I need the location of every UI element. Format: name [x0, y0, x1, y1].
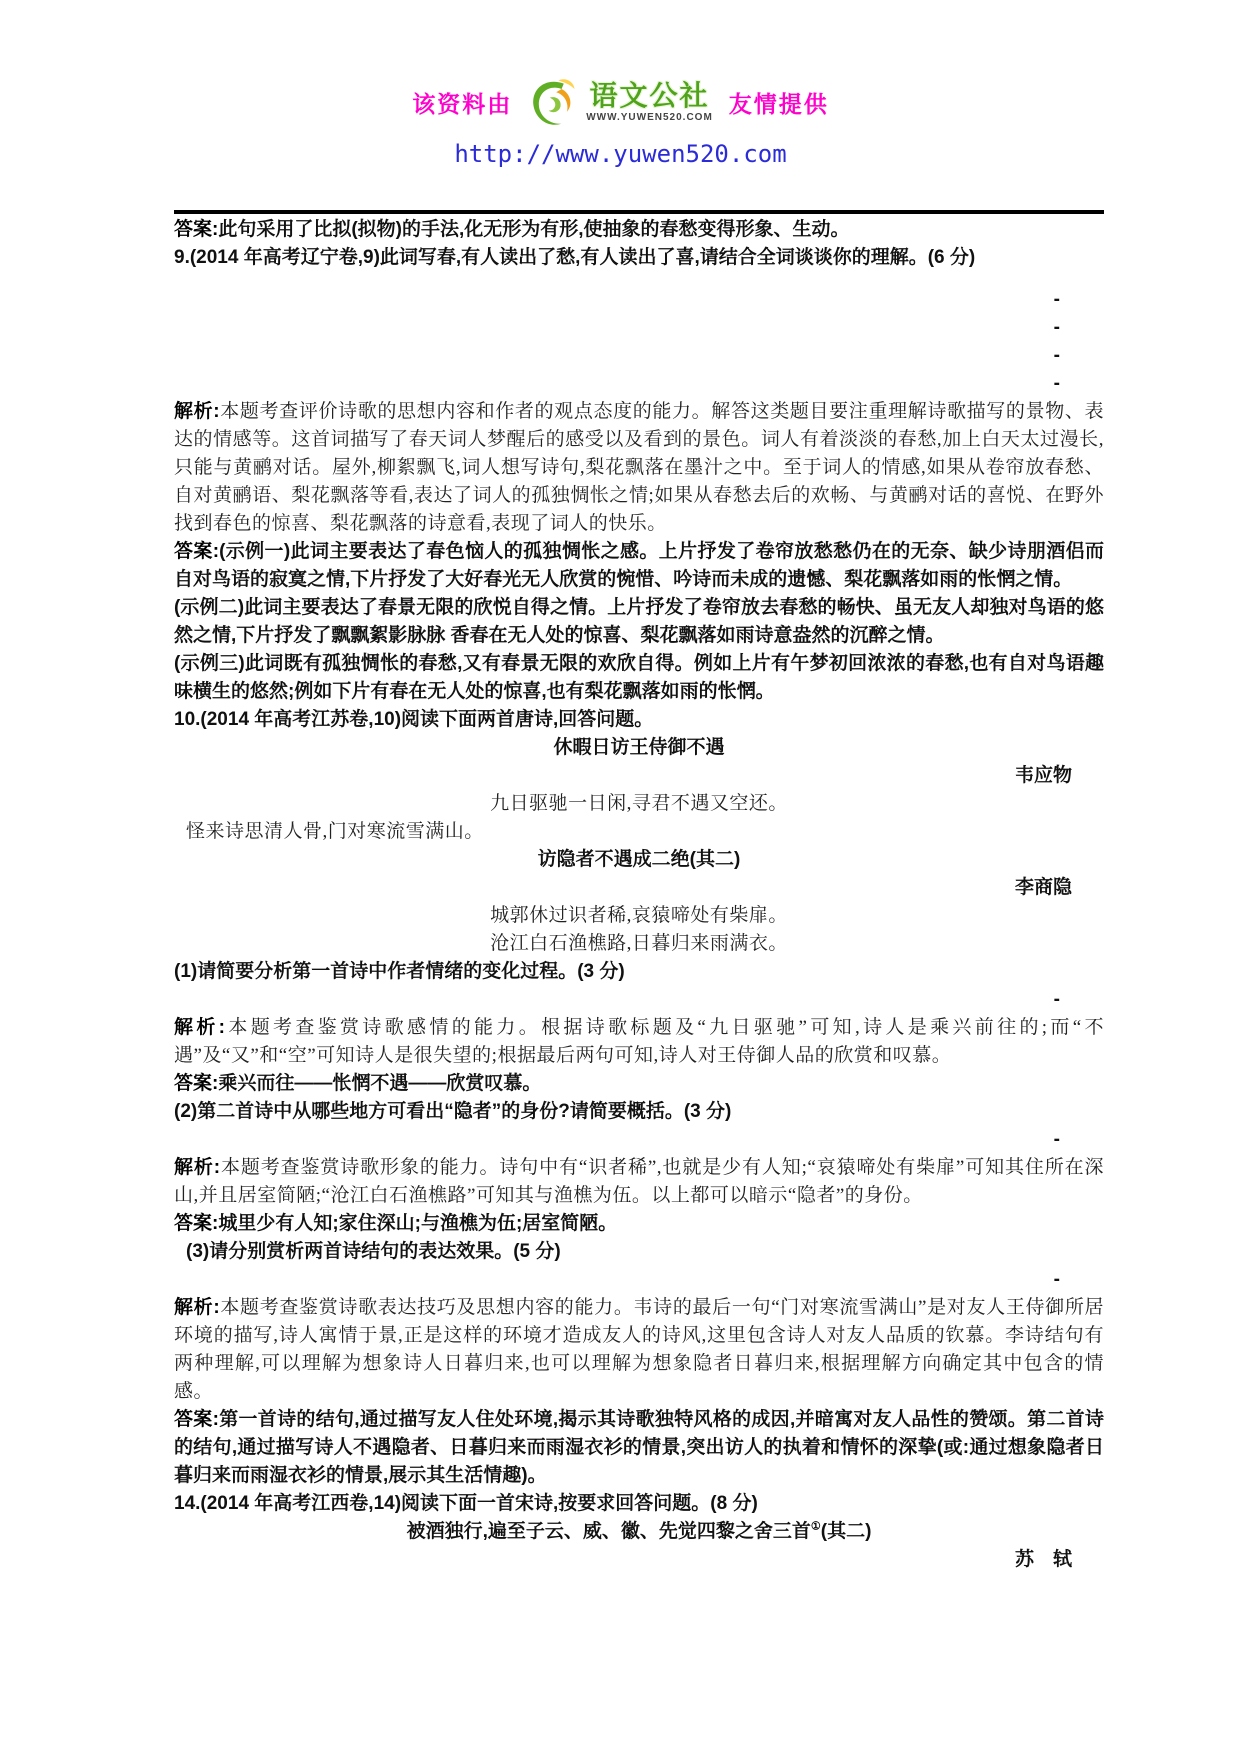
line-text: 9.(2014 年高考辽宁卷,9)此词写春,有人读出了愁,有人读出了喜,请结合全…: [174, 247, 975, 268]
label-prefix: 答案:: [174, 219, 218, 240]
line-text: 14.(2014 年高考江西卷,14)阅读下面一首宋诗,按要求回答问题。(8 分…: [174, 1493, 758, 1514]
answer-blank-line: -: [174, 342, 1104, 370]
answer-blank-line: -: [174, 986, 1104, 1014]
logo-title: 语文公社: [589, 82, 709, 110]
line-text: 10.(2014 年高考江苏卷,10)阅读下面两首唐诗,回答问题。: [174, 709, 653, 730]
poem-title: 被酒独行,遍至子云、威、徽、先觉四黎之舍三首①(其二): [174, 1518, 1104, 1546]
line-text: 本题考查鉴赏诗歌感情的能力。根据诗歌标题及“九日驱驰”可知,诗人是乘兴前往的;而…: [174, 1017, 1104, 1066]
provided-by-prefix: 该资料由: [412, 86, 512, 119]
question: 10.(2014 年高考江苏卷,10)阅读下面两首唐诗,回答问题。: [174, 706, 1104, 734]
answer-text: 答案:城里少有人知;家住深山;与渔樵为伍;居室简陋。: [174, 1210, 1104, 1238]
line-text: 被酒独行,遍至子云、威、徽、先觉四黎之舍三首: [407, 1521, 811, 1542]
poem-title: 休暇日访王侍御不遇: [174, 734, 1104, 762]
answer-blank-line: -: [174, 1126, 1104, 1154]
question: (2)第二首诗中从哪些地方可看出“隐者”的身份?请简要概括。(3 分): [174, 1098, 1104, 1126]
answer-text: 答案:乘兴而往——怅惘不遇——欣赏叹慕。: [174, 1070, 1104, 1098]
line-text: 怪来诗思清人骨,门对寒流雪满山。: [186, 821, 484, 842]
answer-text: (示例三)此词既有孤独惆怅的春愁,又有春景无限的欢欣自得。例如上片有午梦初回浓浓…: [174, 650, 1104, 706]
question: (1)请简要分析第一首诗中作者情绪的变化过程。(3 分): [174, 958, 1104, 986]
poem-line: 怪来诗思清人骨,门对寒流雪满山。: [174, 818, 1104, 846]
site-url-link[interactable]: http://www.yuwen520.com: [0, 140, 1241, 168]
answer-text: 答案:第一首诗的结句,通过描写友人住处环境,揭示其诗歌独特风格的成因,并暗寓对友…: [174, 1406, 1104, 1490]
question: 14.(2014 年高考江西卷,14)阅读下面一首宋诗,按要求回答问题。(8 分…: [174, 1490, 1104, 1518]
line-text: 李商隐: [1015, 877, 1072, 898]
line-text: 本题考查评价诗歌的思想内容和作者的观点态度的能力。解答这类题目要注重理解诗歌描写…: [174, 401, 1104, 534]
answer-blank-line: -: [174, 1266, 1104, 1294]
label-prefix: 答案:: [174, 1409, 219, 1430]
line-text: 休暇日访王侍御不遇: [553, 737, 724, 758]
answer-text: (示例二)此词主要表达了春景无限的欣悦自得之情。上片抒发了卷帘放去春愁的畅快、虽…: [174, 594, 1104, 650]
line-text: 此句采用了比拟(拟物)的手法,化无形为有形,使抽象的春愁变得形象、生动。: [218, 219, 849, 240]
logo-subtitle: WWW.YUWEN520.COM: [586, 113, 713, 123]
poem-author: 李商隐: [174, 874, 1104, 902]
question: 9.(2014 年高考辽宁卷,9)此词写春,有人读出了愁,有人读出了喜,请结合全…: [174, 244, 1104, 272]
label-prefix: 解析:: [174, 1157, 221, 1178]
provided-by-suffix: 友情提供: [729, 86, 829, 119]
line-text: 苏 轼: [1015, 1549, 1072, 1570]
line-text: 城里少有人知;家住深山;与渔樵为伍;居室简陋。: [218, 1213, 617, 1234]
answer-blank-line: -: [174, 314, 1104, 342]
line-text: 本题考查鉴赏诗歌形象的能力。诗句中有“识者稀”,也就是少有人知;“哀猿啼处有柴扉…: [174, 1157, 1104, 1206]
analysis: 解析:本题考查鉴赏诗歌形象的能力。诗句中有“识者稀”,也就是少有人知;“哀猿啼处…: [174, 1154, 1104, 1210]
line-text: 城郭休过识者稀,哀猿啼处有柴扉。: [490, 905, 788, 926]
analysis: 解析:本题考查评价诗歌的思想内容和作者的观点态度的能力。解答这类题目要注重理解诗…: [174, 398, 1104, 538]
line-text-tail: (其二): [821, 1521, 872, 1542]
swirl-logo-icon: [528, 76, 580, 128]
label-prefix: 解析:: [174, 401, 220, 422]
answer-blank-line: -: [174, 286, 1104, 314]
poem-author: 韦应物: [174, 762, 1104, 790]
line-text: (示例三)此词既有孤独惆怅的春愁,又有春景无限的欢欣自得。例如上片有午梦初回浓浓…: [174, 653, 1104, 702]
line-text: 乘兴而往——怅惘不遇——欣赏叹慕。: [218, 1073, 541, 1094]
page-header: 该资料由 语文公社 WWW.YUWEN520.COM 友情提供 http://w…: [0, 0, 1241, 168]
poem-line: 沧江白石渔樵路,日暮归来雨满衣。: [174, 930, 1104, 958]
line-text: 第一首诗的结句,通过描写友人住处环境,揭示其诗歌独特风格的成因,并暗寓对友人品性…: [174, 1409, 1104, 1486]
poem-author: 苏 轼: [174, 1546, 1104, 1574]
answer-blank-line: -: [174, 370, 1104, 398]
provided-by-banner: 该资料由 语文公社 WWW.YUWEN520.COM 友情提供: [0, 76, 1241, 128]
line-text: (1)请简要分析第一首诗中作者情绪的变化过程。(3 分): [174, 961, 625, 982]
site-logo: 语文公社 WWW.YUWEN520.COM: [528, 76, 713, 128]
poem-line: 九日驱驰一日闲,寻君不遇又空还。: [174, 790, 1104, 818]
label-prefix: 解析:: [174, 1297, 220, 1318]
footnote-marker: ①: [811, 1521, 821, 1533]
answer-text: 答案:此句采用了比拟(拟物)的手法,化无形为有形,使抽象的春愁变得形象、生动。: [174, 216, 1104, 244]
line-text: 访隐者不遇成二绝(其二): [538, 849, 741, 870]
line-text: (2)第二首诗中从哪些地方可看出“隐者”的身份?请简要概括。(3 分): [174, 1101, 731, 1122]
answer-text: 答案:(示例一)此词主要表达了春色恼人的孤独惆怅之感。上片抒发了卷帘放愁愁仍在的…: [174, 538, 1104, 594]
label-prefix: 答案:: [174, 1213, 218, 1234]
document-page: 该资料由 语文公社 WWW.YUWEN520.COM 友情提供 http://w…: [0, 0, 1241, 1754]
analysis: 解析:本题考查鉴赏诗歌感情的能力。根据诗歌标题及“九日驱驰”可知,诗人是乘兴前往…: [174, 1014, 1104, 1070]
line-text: 沧江白石渔樵路,日暮归来雨满衣。: [490, 933, 788, 954]
label-prefix: 答案:: [174, 1073, 218, 1094]
analysis: 解析:本题考查鉴赏诗歌表达技巧及思想内容的能力。韦诗的最后一句“门对寒流雪满山”…: [174, 1294, 1104, 1406]
line-text: (示例二)此词主要表达了春景无限的欣悦自得之情。上片抒发了卷帘放去春愁的畅快、虽…: [174, 597, 1104, 646]
poem-title: 访隐者不遇成二绝(其二): [174, 846, 1104, 874]
poem-line: 城郭休过识者稀,哀猿啼处有柴扉。: [174, 902, 1104, 930]
content-lines: 答案:此句采用了比拟(拟物)的手法,化无形为有形,使抽象的春愁变得形象、生动。9…: [174, 214, 1104, 1574]
line-text: 韦应物: [1015, 765, 1072, 786]
line-text: (示例一)此词主要表达了春色恼人的孤独惆怅之感。上片抒发了卷帘放愁愁仍在的无奈、…: [174, 541, 1104, 590]
question: (3)请分别赏析两首诗结句的表达效果。(5 分): [174, 1238, 1104, 1266]
line-text: 九日驱驰一日闲,寻君不遇又空还。: [490, 793, 788, 814]
line-text: 本题考查鉴赏诗歌表达技巧及思想内容的能力。韦诗的最后一句“门对寒流雪满山”是对友…: [174, 1297, 1104, 1402]
logo-text-block: 语文公社 WWW.YUWEN520.COM: [586, 82, 713, 123]
label-prefix: 解析:: [174, 1017, 226, 1038]
label-prefix: 答案:: [174, 541, 219, 562]
line-text: (3)请分别赏析两首诗结句的表达效果。(5 分): [186, 1241, 561, 1262]
